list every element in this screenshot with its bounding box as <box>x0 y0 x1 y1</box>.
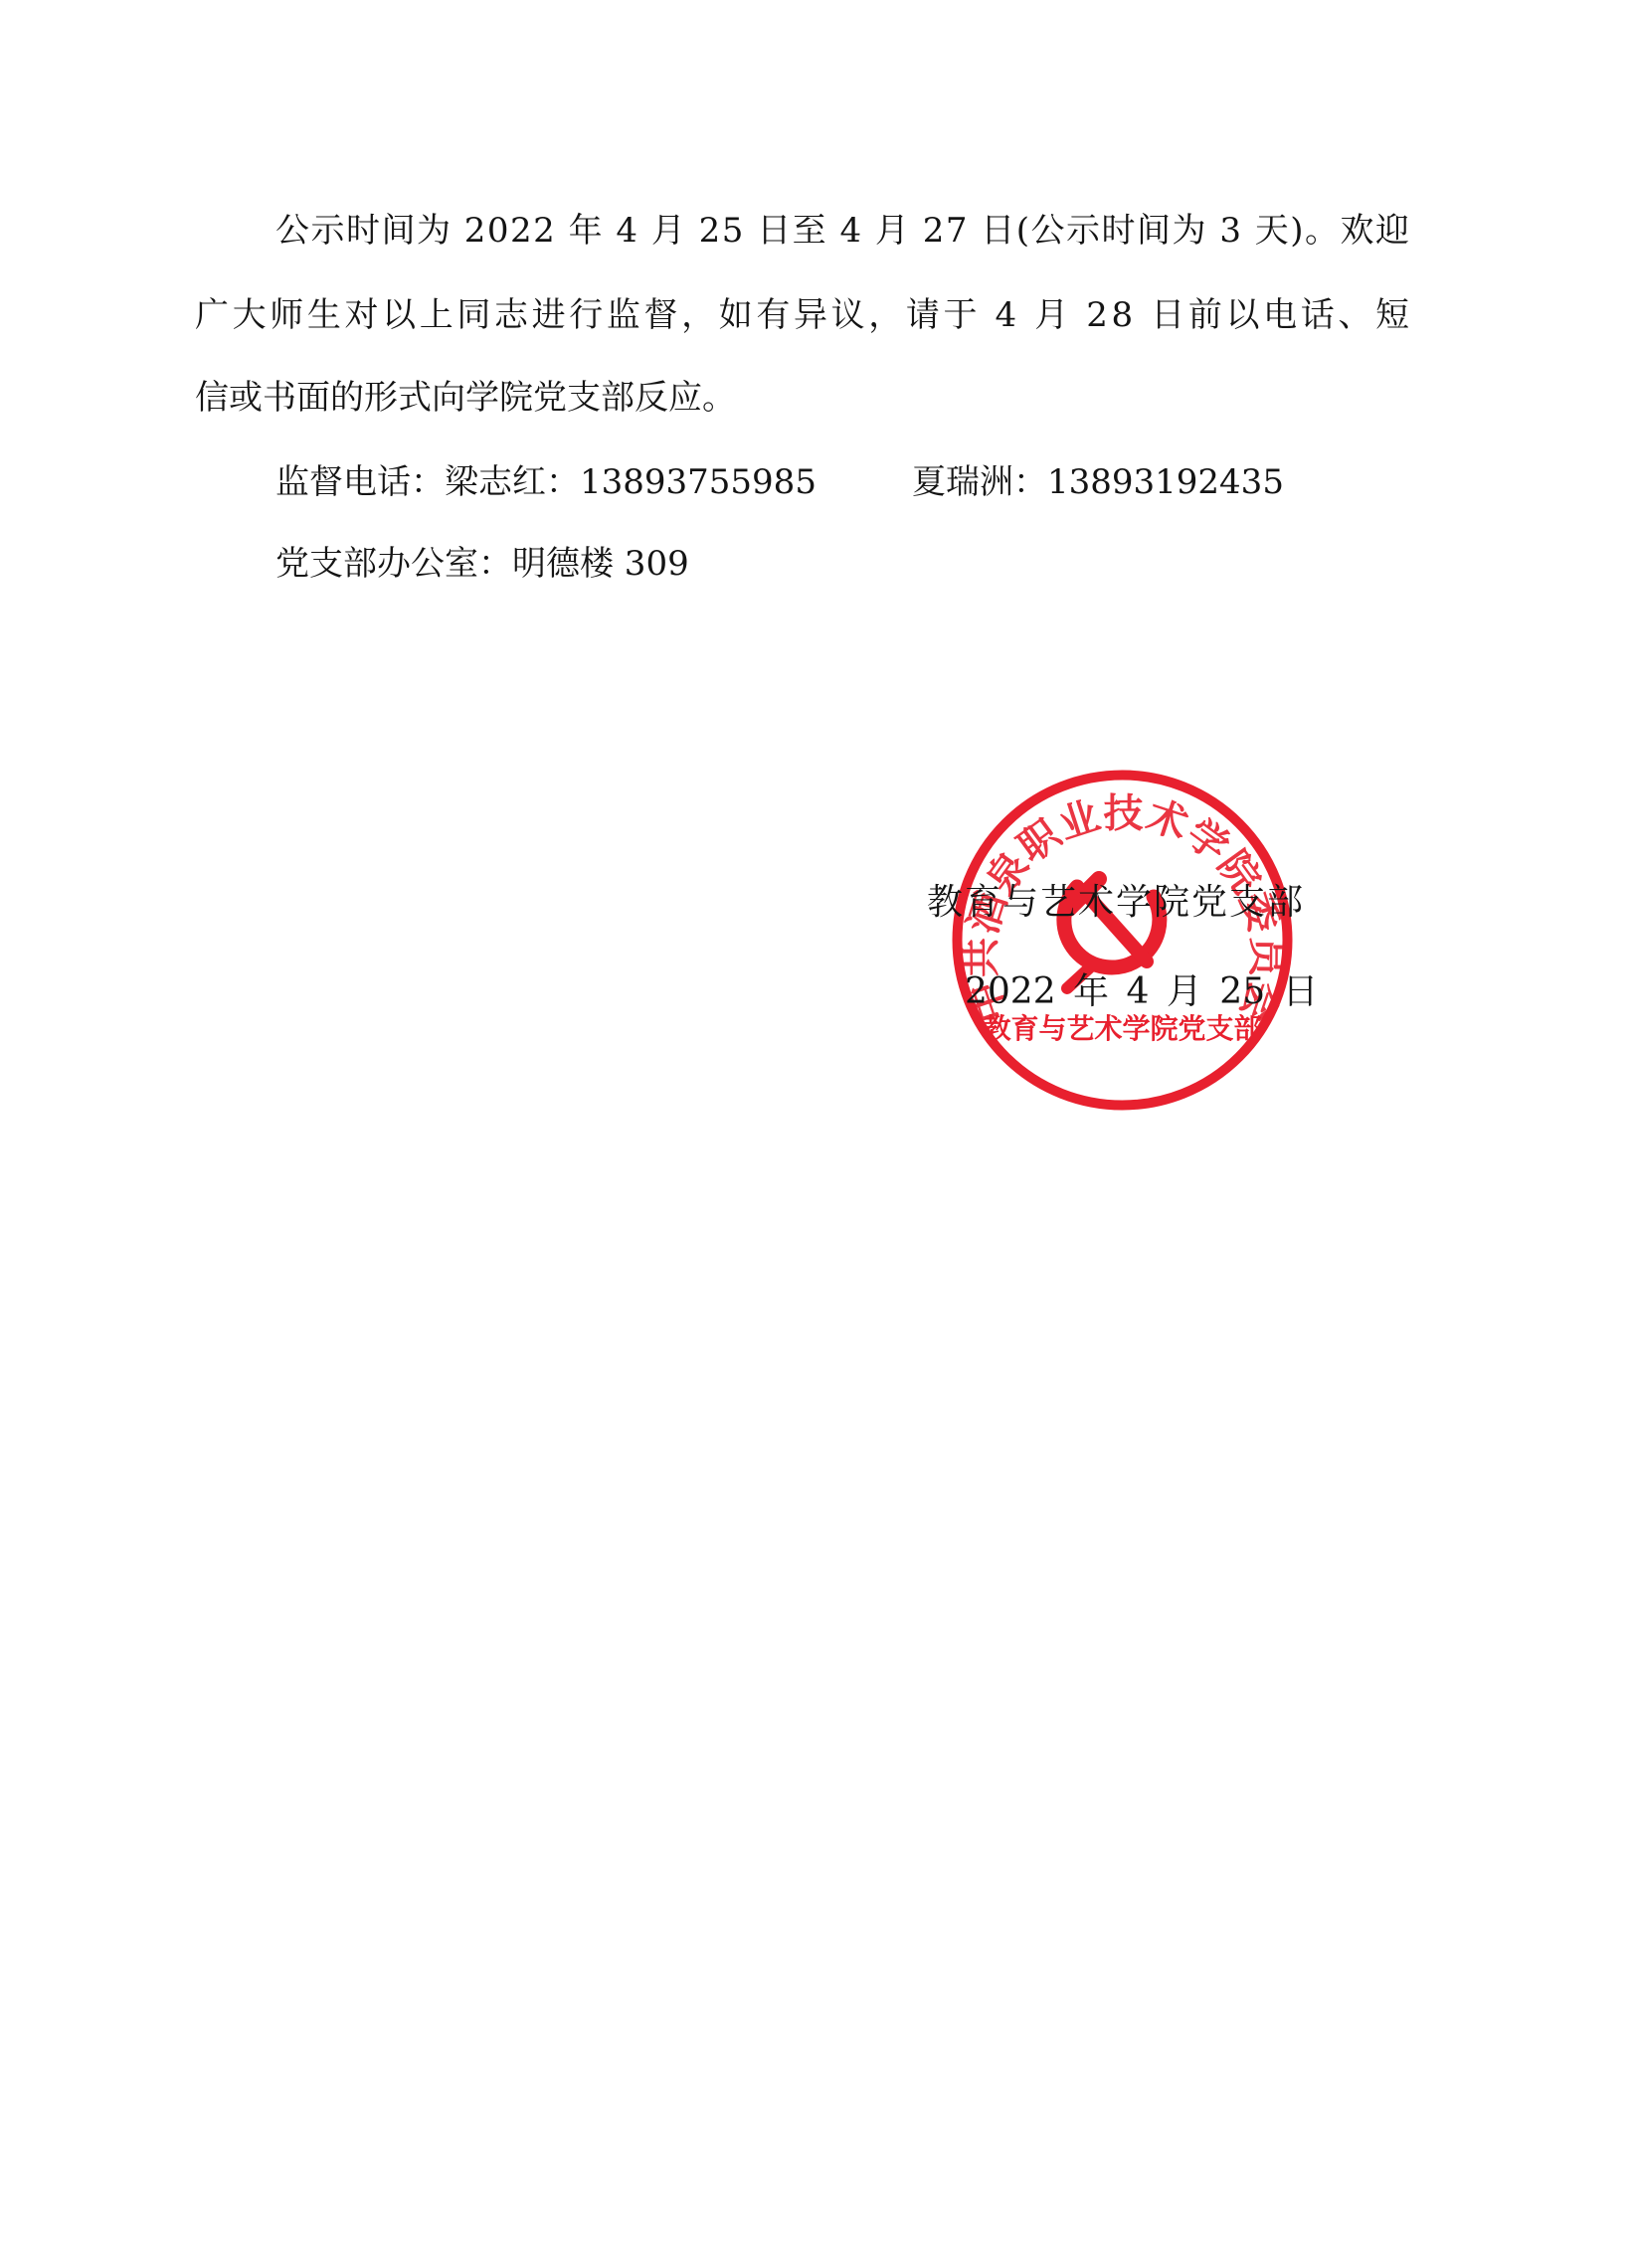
contact-2-phone: 13893192435 <box>1047 462 1284 502</box>
stamp-center-text: 教育与艺术学院党支部 <box>983 1012 1261 1045</box>
paragraph-line-1: 公示时间为 2022 年 4 月 25 日至 4 月 27 日(公示时间为 3 … <box>275 211 1411 251</box>
contact-2: 夏瑞洲：13893192435 <box>912 462 1284 502</box>
official-stamp: 中共酒泉职业技术学院委员会 教育与艺术学院党支部 <box>950 768 1295 1113</box>
office-line: 党支部办公室：明德楼 309 <box>275 544 689 584</box>
office-label: 党支部办公室： <box>275 544 512 584</box>
paragraph-line-3: 信或书面的形式向学院党支部反应。 <box>195 378 736 418</box>
document-page: 公示时间为 2022 年 4 月 25 日至 4 月 27 日(公示时间为 3 … <box>0 0 1637 2268</box>
contact-2-name: 夏瑞洲： <box>912 462 1047 502</box>
supervision-phone-line: 监督电话：梁志红：13893755985 夏瑞洲：13893192435 <box>275 462 817 502</box>
stamp-seal-icon: 中共酒泉职业技术学院委员会 教育与艺术学院党支部 <box>950 768 1295 1113</box>
paragraph-line-2: 广大师生对以上同志进行监督，如有异议，请于 4 月 28 日前以电话、短 <box>195 295 1413 335</box>
contact-1-phone: 13893755985 <box>580 462 817 502</box>
signature-organization: 教育与艺术学院党支部 <box>927 883 1305 923</box>
supervision-phone-label: 监督电话： <box>275 462 445 502</box>
contact-1-name: 梁志红： <box>445 462 580 502</box>
signature-date: 2022 年 4 月 25 日 <box>965 972 1319 1012</box>
office-location: 明德楼 309 <box>512 544 689 584</box>
